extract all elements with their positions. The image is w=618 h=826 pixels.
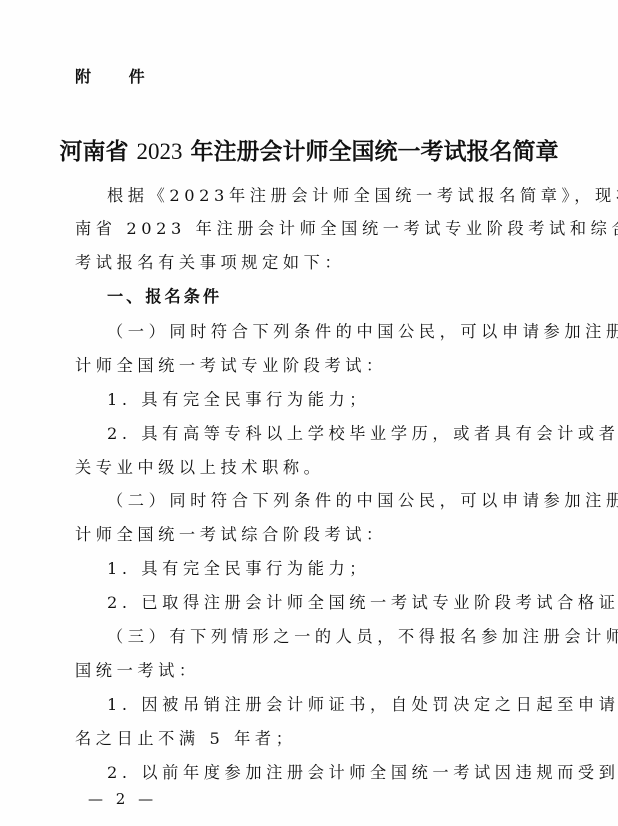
clause-2-heading-cont: 计师全国统一考试综合阶段考试： xyxy=(75,525,555,545)
clause-1-heading-cont: 计师全国统一考试专业阶段考试： xyxy=(75,356,555,376)
clause-3-item-2: 2. 以前年度参加注册会计师全国统一考试因违规而受到禁 xyxy=(107,763,587,783)
body-line-intro-1: 根据《2023年注册会计师全国统一考试报名简章》，现将河 xyxy=(107,186,587,206)
body-line-intro-2: 南省 2023 年注册会计师全国统一考试专业阶段考试和综合阶段 xyxy=(75,219,555,239)
body-line-intro-3: 考试报名有关事项规定如下： xyxy=(75,253,555,273)
clause-2-item-2: 2. 已取得注册会计师全国统一考试专业阶段考试合格证。 xyxy=(107,593,587,613)
title-suffix: 年注册会计师全国统一考试报名简章 xyxy=(191,139,559,165)
clause-3-item-1-cont: 名之日止不满 5 年者； xyxy=(75,729,555,749)
clause-1-item-1: 1. 具有完全民事行为能力； xyxy=(107,390,587,410)
page-number: — 2 — xyxy=(88,790,157,808)
clause-1-item-2: 2. 具有高等专科以上学校毕业学历，或者具有会计或者相 xyxy=(107,424,587,444)
clause-2-item-1: 1. 具有完全民事行为能力； xyxy=(107,559,587,579)
clause-1-item-2-cont: 关专业中级以上技术职称。 xyxy=(75,458,555,478)
clause-3-item-1: 1. 因被吊销注册会计师证书，自处罚决定之日起至申请报 xyxy=(107,695,587,715)
clause-3-heading-cont: 国统一考试： xyxy=(75,661,555,681)
clause-1-heading: （一）同时符合下列条件的中国公民，可以申请参加注册会 xyxy=(107,322,587,342)
clause-3-heading: （三）有下列情形之一的人员，不得报名参加注册会计师全 xyxy=(107,627,587,647)
section-heading: 一、报名条件 xyxy=(107,287,587,307)
title-prefix: 河南省 xyxy=(59,139,128,165)
clause-2-heading: （二）同时符合下列条件的中国公民，可以申请参加注册会 xyxy=(107,491,587,511)
document-title: 河南省 2023 年注册会计师全国统一考试报名简章 xyxy=(0,133,618,166)
document-page: 附 件 河南省 2023 年注册会计师全国统一考试报名简章 根据《2023年注册… xyxy=(0,0,618,826)
attachment-label: 附 件 xyxy=(75,64,161,87)
title-year: 2023 xyxy=(137,139,183,164)
